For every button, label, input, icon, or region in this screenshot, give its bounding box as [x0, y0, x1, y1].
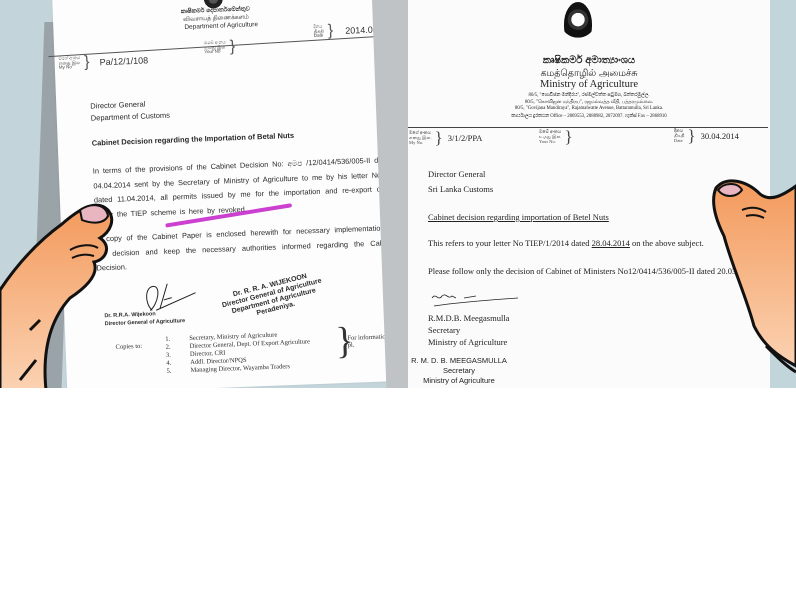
brace-icon: } — [230, 39, 236, 55]
letter-subject: Cabinet Decision regarding the Importati… — [92, 131, 295, 148]
left-hand-icon — [0, 180, 130, 388]
brace-icon: } — [84, 55, 90, 71]
your-no-field: ඔබේ අංකය உமது இல Your No } — [204, 39, 236, 56]
date-label: දිනය திகதி Date — [313, 25, 324, 39]
my-no-label: මගේ අංකය எனது இல. My No. — [409, 130, 432, 145]
date-value: 30.04.2014 — [701, 131, 739, 141]
official-stamp: R. M. D. B. MEEGASMULLA Secretary Minist… — [404, 356, 514, 386]
brace-icon: } — [328, 23, 334, 39]
date-label: දිනය திகதி Date — [674, 128, 684, 143]
typed-signature: R.M.D.B. Meegasmulla Secretary Ministry … — [428, 312, 509, 348]
letter-body: In terms of the provisions of the Cabine… — [93, 153, 397, 286]
department-name-english: Department of Agriculture — [184, 21, 258, 31]
addressee: Director General Department of Customs — [90, 98, 170, 125]
address-line: 80/5, "கொவிஜன மந்திரய", ரஜமல்வத்த வீதி, … — [408, 99, 770, 105]
my-no-value: Pa/12/1/108 — [99, 55, 148, 67]
my-no-value: 3/1/2/PPA — [448, 133, 483, 143]
my-no-field: මගේ අංකය எனது இல. My No. } 3/1/2/PPA — [409, 129, 482, 146]
brace-icon: } — [564, 128, 572, 145]
emblem-icon — [564, 2, 592, 46]
date-field: දිනය திகதி Date } 30.04.2014 — [674, 127, 739, 144]
signature-icon — [430, 288, 520, 308]
copies-list: 1.Secretary, Ministry of Agriculture 2.D… — [165, 330, 311, 376]
underlined-date: 28.04.2014 — [592, 238, 630, 248]
paragraph-1: This refers to your letter No TIEP/1/201… — [428, 238, 704, 248]
ministry-name-english: Ministry of Agriculture — [408, 79, 770, 90]
paragraph-2: ... copy of the Cabinet Paper is enclose… — [95, 221, 396, 276]
address-line: 80/5, "Govijana Mandiraya", Rajamalwatte… — [408, 106, 770, 111]
address-line: 80/5, "ගොවිජන මන්දිරය", රජමල්වත්ත පටුමග,… — [408, 92, 770, 98]
my-no-field: මගේ අංකය எனது இல My No } Pa/12/1/108 — [58, 52, 148, 71]
brace-icon: } — [687, 127, 695, 144]
brace-icon: } — [435, 129, 443, 146]
right-hand-icon — [706, 176, 796, 388]
addressee: Director General Sri Lanka Customs — [428, 167, 493, 197]
your-no-field: ඔබේ අංකය உமது இல. Your No. } — [539, 128, 573, 145]
ministry-name-sinhala: කෘෂිකර්ම අමාත්‍යාංශය — [408, 55, 770, 66]
your-no-label: ඔබේ අංකය உமது இல. Your No. — [539, 129, 561, 144]
illustration: කෘෂිකර්ම දෙපාර්තමේන්තුව விவசாயத் திணைக்க… — [0, 0, 796, 388]
letter-subject: Cabinet decision regarding importation o… — [428, 212, 609, 222]
contact-line: කාර්යාලය දුරකථන Office – 2869553, 288898… — [408, 113, 770, 119]
my-no-label: මගේ අංකය எனது இல My No — [58, 56, 80, 70]
your-no-label: ඔබේ අංකය உமது இல Your No — [204, 41, 226, 55]
